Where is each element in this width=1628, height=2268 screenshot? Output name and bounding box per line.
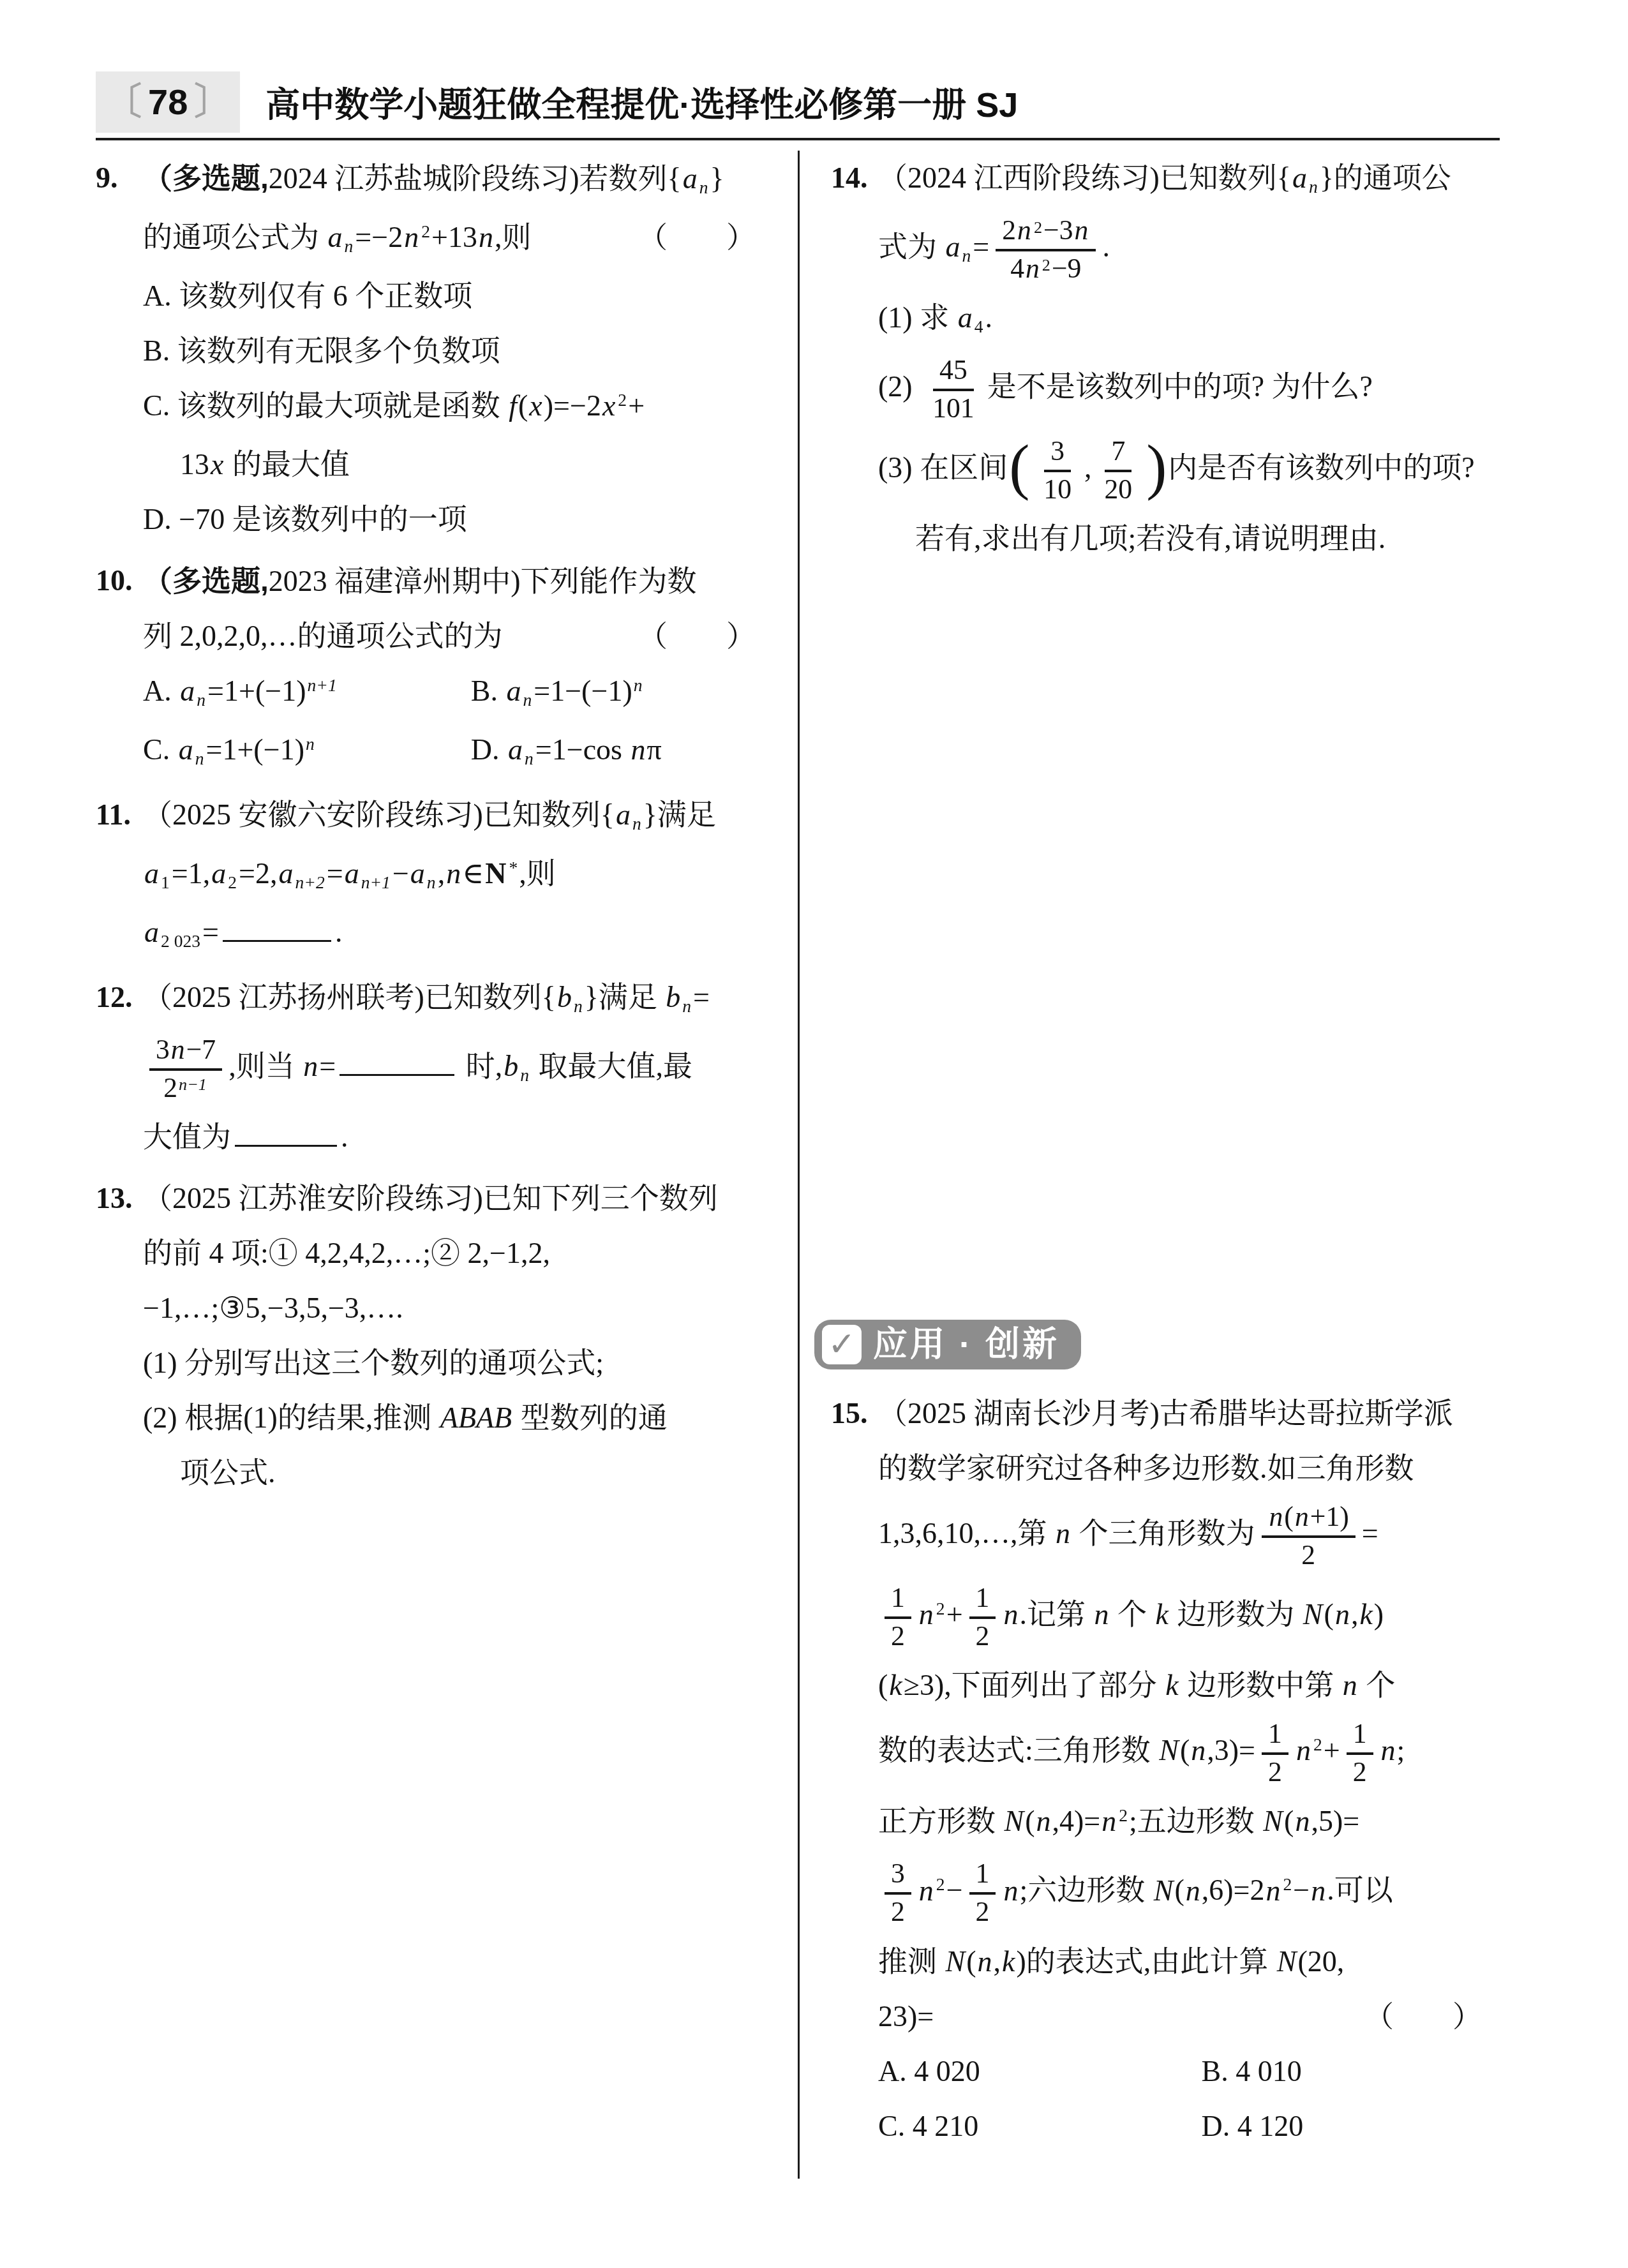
fraction: 12 xyxy=(969,1582,996,1653)
text-run: 式为 xyxy=(878,230,945,263)
text-run: 1 xyxy=(891,1583,905,1613)
math-var: n xyxy=(1186,1874,1200,1907)
problem-line: 推测 N(n,k)的表达式,由此计算 N(20, xyxy=(878,1934,1500,1989)
text-run: (20, xyxy=(1297,1945,1344,1978)
text-run: 项公式. xyxy=(180,1456,276,1489)
problem-13: 13.（2025 江苏淮安阶段练习)已知下列三个数列的前 4 项:① 4,2,4… xyxy=(96,1171,773,1500)
problem-line: 1,3,6,10,…,第 n 个三角形数为n(n+1)2= xyxy=(878,1496,1500,1577)
text-run: （2025 安徽六安阶段练习)已知数列{ xyxy=(143,798,615,831)
text-run: 13 xyxy=(180,448,209,481)
subscript: n xyxy=(574,979,583,1034)
text-run: （2025 江苏扬州联考)已知数列{ xyxy=(143,981,556,1013)
fraction-numerator: 1 xyxy=(1262,1718,1288,1755)
subscript: n xyxy=(345,219,354,274)
text-run: } xyxy=(710,162,724,195)
option-cell: C. an=1+(−1)n xyxy=(143,722,471,781)
math-var: a xyxy=(211,857,226,890)
fraction-numerator: 45 xyxy=(933,354,974,391)
superscript: 2 xyxy=(1042,256,1050,276)
math-var: n xyxy=(1335,1598,1350,1630)
text-run: B. xyxy=(471,675,505,707)
option-cell: A. 4 020 xyxy=(878,2044,1201,2099)
problem-line: （多选题,2024 江苏盐城阶段练习)若数列{an} xyxy=(143,151,773,210)
text-run: =−2 xyxy=(355,221,403,253)
math-var: x xyxy=(602,389,615,422)
fraction-denominator: 4n2−9 xyxy=(1004,251,1087,286)
text-run: （2025 江苏淮安阶段练习)已知下列三个数列 xyxy=(143,1182,718,1214)
superscript: 2 xyxy=(1283,1857,1292,1912)
problem-line: 若有,求出有几项;若没有,请说明理由. xyxy=(915,511,1500,566)
math-var: N xyxy=(1263,1805,1283,1837)
math-var: n xyxy=(171,1034,185,1065)
text-run: 的前 4 项:① 4,2,4,2,…;② 2,−1,2, xyxy=(143,1237,550,1269)
fraction: 3n−72n−1 xyxy=(149,1034,222,1105)
right-column: 14.（2024 江西阶段练习)已知数列{an}的通项公式为 an=2n2−3n… xyxy=(831,151,1500,572)
option-cell: B. 4 010 xyxy=(1201,2044,1301,2099)
text-run: A. 该数列仅有 6 个正数项 xyxy=(143,280,472,312)
text-run: + xyxy=(1324,1734,1340,1766)
text-run: −1,…;③5,−3,5,−3,…. xyxy=(143,1292,403,1324)
math-var: n xyxy=(978,1945,992,1978)
problem-line: 项公式. xyxy=(180,1445,773,1500)
math-var: n xyxy=(1296,1734,1311,1766)
column-divider xyxy=(798,151,800,2179)
fraction: 2n2−3n4n2−9 xyxy=(996,214,1096,285)
text-run: （2025 湖南长沙月考)古希腊毕达哥拉斯学派 xyxy=(878,1397,1453,1429)
math-var: n xyxy=(1017,215,1031,246)
problem-line: 大值为. xyxy=(143,1110,773,1165)
problem-line: （2025 江苏扬州联考)已知数列{bn}满足 bn= xyxy=(143,970,773,1029)
superscript: 2 xyxy=(936,1857,945,1912)
fraction-denominator: 20 xyxy=(1098,472,1139,507)
problem-line: 正方形数 N(n,4)=n2;五边形数 N(n,5)= xyxy=(878,1794,1500,1853)
fraction-numerator: 3n−7 xyxy=(149,1034,222,1071)
big-paren-icon: ( xyxy=(1009,433,1029,501)
math-var: n xyxy=(446,857,461,890)
text-run: =1+(−1) xyxy=(207,675,306,707)
subscript: n xyxy=(523,673,532,727)
math-var: n xyxy=(404,221,419,253)
text-run: + xyxy=(628,389,645,422)
text-run: ;六边形数 xyxy=(1019,1874,1152,1907)
fraction-denominator: 2 xyxy=(969,1619,996,1653)
text-run: 个三角形数为 xyxy=(1072,1517,1255,1549)
text-run: 边形数中第 xyxy=(1180,1669,1341,1701)
problem-line: B. 该数列有无限多个负数项 xyxy=(143,324,773,378)
text-run: 7 xyxy=(1111,436,1125,466)
text-run: ( xyxy=(1284,1805,1294,1837)
text-run: ∈ xyxy=(462,857,484,890)
text-run: ( xyxy=(878,1669,888,1701)
subscript: n xyxy=(699,160,708,215)
text-run: ( xyxy=(1025,1805,1034,1837)
math-var: n xyxy=(1295,1805,1310,1837)
text-run: 45 xyxy=(939,355,967,385)
text-run: = xyxy=(319,1050,336,1082)
problem-line: (k≥3),下面列出了部分 k 边形数中第 n 个 xyxy=(878,1658,1500,1713)
page-header: 〔 78 〕 高中数学小题狂做全程提优·选择性必修第一册 SJ xyxy=(96,69,1018,135)
math-var: n xyxy=(919,1598,934,1630)
text-run: 列 2,0,2,0,…的通项公式的为 xyxy=(143,620,503,652)
text-run: C. 该数列的最大项就是函数 xyxy=(143,389,507,422)
fraction-denominator: 10 xyxy=(1037,472,1078,507)
option-cell: D. 4 120 xyxy=(1201,2099,1303,2154)
math-var: a xyxy=(506,675,521,707)
superscript: 2 xyxy=(936,1581,945,1636)
text-run: ( xyxy=(1324,1598,1334,1630)
text-run: +1) xyxy=(1310,1502,1349,1532)
math-var: n xyxy=(1026,253,1040,284)
subscript: n xyxy=(962,228,971,283)
problem-line: 的数学家研究过各种多边形数.如三角形数 xyxy=(878,1441,1500,1496)
fraction: 12 xyxy=(1347,1718,1373,1789)
text-run: − xyxy=(392,857,409,890)
fraction-denominator: 2 xyxy=(885,1619,911,1653)
subscript: n+2 xyxy=(295,855,325,910)
big-paren-icon: ) xyxy=(1146,433,1167,501)
math-var: n xyxy=(479,221,493,253)
problem-15: 15.（2025 湖南长沙月考)古希腊毕达哥拉斯学派的数学家研究过各种多边形数.… xyxy=(831,1386,1500,2154)
problem-line: D. −70 是该数列中的一项 xyxy=(143,492,773,547)
text-run: −7 xyxy=(186,1034,216,1065)
text-run: 大值为 xyxy=(143,1121,231,1153)
text-run: (1) 分别写出这三个数列的通项公式; xyxy=(143,1347,604,1379)
text-run: 边形数为 xyxy=(1170,1598,1302,1630)
answer-paren: （ ） xyxy=(638,609,756,664)
math-var: n xyxy=(1102,1805,1116,1837)
right-column-lower: ✓应用 · 创新15.（2025 湖南长沙月考)古希腊毕达哥拉斯学派的数学家研究… xyxy=(831,1318,1500,2160)
text-run: π xyxy=(646,733,661,766)
subscript: 2 xyxy=(228,855,237,910)
text-run: 1 xyxy=(976,1858,990,1889)
math-var: a xyxy=(144,857,159,890)
fraction-numerator: 1 xyxy=(1347,1718,1373,1755)
text-run: 2 xyxy=(163,1073,177,1103)
option-cell: D. an=1−cos nπ xyxy=(471,722,662,781)
problem-12: 12.（2025 江苏扬州联考)已知数列{bn}满足 bn=3n−72n−1,则… xyxy=(96,970,773,1165)
text-run: 个 xyxy=(1359,1669,1396,1701)
text-run: 1 xyxy=(976,1583,990,1613)
problem-line: （ ）的通项公式为 an=−2n2+13n,则 xyxy=(143,210,773,269)
math-var: a xyxy=(144,916,159,948)
math-var: a xyxy=(1292,161,1307,194)
math-var: N xyxy=(1004,1805,1024,1837)
text-run: 正方形数 xyxy=(878,1805,1003,1837)
math-var: k xyxy=(889,1669,902,1701)
text-run: =1−(−1) xyxy=(534,675,632,707)
text-run: −3 xyxy=(1043,215,1073,246)
text-run: ,4)= xyxy=(1052,1805,1101,1837)
section-badge: ✓应用 · 创新 xyxy=(814,1320,1081,1369)
text-run: 取最大值,最 xyxy=(531,1050,692,1082)
text-run: C. 4 210 xyxy=(878,2110,978,2142)
problem-number: 14. xyxy=(831,151,868,205)
problem-line: C. an=1+(−1)nD. an=1−cos nπ xyxy=(143,722,773,781)
math-var: k xyxy=(1359,1598,1372,1630)
problem-line: a2 023=. xyxy=(143,905,773,964)
text-run: 2 xyxy=(1002,215,1016,246)
fraction: 45101 xyxy=(926,354,981,425)
blank-underline xyxy=(235,1120,337,1147)
text-run: , xyxy=(1084,451,1092,484)
text-run: ,则 xyxy=(519,857,556,890)
problem-line: （ ）23)= xyxy=(878,1989,1500,2044)
text-run: 内是否有该数列中的项? xyxy=(1168,451,1474,484)
text-run: = xyxy=(202,916,219,948)
subscript: 4 xyxy=(975,299,983,354)
math-var: n xyxy=(919,1874,934,1907)
superscript: 2 xyxy=(1313,1717,1322,1772)
fraction: 720 xyxy=(1098,435,1139,506)
text-run: }的通项公 xyxy=(1320,161,1451,194)
subscript: 2 023 xyxy=(161,914,200,969)
problem-9: 9.（多选题,2024 江苏盐城阶段练习)若数列{an}（ ）的通项公式为 an… xyxy=(96,151,773,547)
math-var: b xyxy=(666,981,680,1013)
text-run: (3) 在区间 xyxy=(878,451,1008,484)
option-cell: B. an=1−(−1)n xyxy=(471,664,644,722)
problem-number: 11. xyxy=(96,787,131,842)
subscript: n xyxy=(632,796,641,851)
text-run: (1) 求 xyxy=(878,301,957,334)
math-var: n xyxy=(1094,1598,1109,1630)
text-run: 2 xyxy=(1301,1540,1315,1570)
text-run: B. 该数列有无限多个负数项 xyxy=(143,334,500,367)
text-run: = xyxy=(693,981,710,1013)
math-var: n xyxy=(1311,1874,1326,1907)
text-run: ,3)= xyxy=(1207,1734,1255,1766)
text-run: ,则当 xyxy=(228,1050,302,1082)
text-run: )的表达式,由此计算 xyxy=(1016,1945,1275,1978)
text-run: ≥3),下面列出了部分 xyxy=(904,1669,1165,1701)
subscript: n xyxy=(195,731,204,786)
problem-number: 9. xyxy=(96,151,118,205)
fraction: n(n+1)2 xyxy=(1262,1501,1355,1572)
text-run: 10 xyxy=(1043,474,1072,505)
problem-line: (3) 在区间(310,720)内是否有该数列中的项? xyxy=(878,430,1500,511)
text-run: 3 xyxy=(1050,436,1064,466)
subscript: n xyxy=(197,673,205,727)
text-run: 1,3,6,10,…,第 xyxy=(878,1517,1054,1549)
page-number: 78 xyxy=(148,84,188,120)
math-var: a xyxy=(179,733,193,766)
superscript: 2 xyxy=(1119,1788,1128,1843)
text-run: 1 xyxy=(1268,1719,1282,1749)
problem-line: 32n2−12n;六边形数 N(n,6)=2n2−n.可以 xyxy=(878,1853,1500,1934)
math-var: N xyxy=(1154,1874,1174,1907)
text-run: C. xyxy=(143,733,177,766)
bold-label: （多选题, xyxy=(143,161,269,195)
blank-underline xyxy=(223,915,331,942)
option-cell: C. 4 210 xyxy=(878,2099,1201,2154)
problem-line: （2025 江苏淮安阶段练习)已知下列三个数列 xyxy=(143,1171,773,1226)
header-rule xyxy=(96,138,1500,140)
problem-line: 数的表达式:三角形数 N(n,3)=12n2+12n; xyxy=(878,1713,1500,1794)
answer-paren: （ ） xyxy=(1364,1989,1482,2044)
fraction-numerator: 3 xyxy=(1044,435,1071,472)
text-run: D. 4 120 xyxy=(1201,2110,1303,2142)
superscript: 2 xyxy=(618,373,627,428)
math-var: a xyxy=(958,301,973,334)
text-run: 3 xyxy=(891,1858,905,1889)
text-run: =1+(−1) xyxy=(205,733,304,766)
text-run: 23)= xyxy=(878,2000,934,2033)
problem-line: 12n2+12n.记第 n 个 k 边形数为 N(n,k) xyxy=(878,1577,1500,1658)
problem-line: （2024 江西阶段练习)已知数列{an}的通项公 xyxy=(878,151,1500,209)
fraction-numerator: 3 xyxy=(885,1858,911,1895)
problem-14: 14.（2024 江西阶段练习)已知数列{an}的通项公式为 an=2n2−3n… xyxy=(831,151,1500,566)
problem-line: (1) 分别写出这三个数列的通项公式; xyxy=(143,1336,773,1391)
badge-label: 应用 · 创新 xyxy=(873,1327,1059,1362)
page-number-badge: 〔 78 〕 xyxy=(96,71,240,133)
problem-line: （ ）列 2,0,2,0,…的通项公式的为 xyxy=(143,609,773,664)
fraction-denominator: 2 xyxy=(885,1895,911,1929)
text-run: , xyxy=(438,857,445,890)
subscript: 1 xyxy=(161,855,170,910)
option-cell: A. an=1+(−1)n+1 xyxy=(143,664,471,722)
text-run: .记第 xyxy=(1019,1598,1093,1630)
fraction: 12 xyxy=(969,1858,996,1929)
fraction: 12 xyxy=(885,1582,911,1653)
text-run: . xyxy=(341,1121,348,1153)
problem-line: （2025 湖南长沙月考)古希腊毕达哥拉斯学派 xyxy=(878,1386,1500,1441)
text-run: (2) 根据(1)的结果,推测 xyxy=(143,1401,439,1434)
text-run: 时, xyxy=(458,1050,502,1082)
text-run: 2 xyxy=(891,1621,905,1652)
text-run: ( xyxy=(1284,1502,1294,1532)
text-run: 20 xyxy=(1105,474,1133,505)
bold-label: （多选题, xyxy=(143,564,269,597)
text-run: 的通项公式为 xyxy=(143,221,327,253)
problem-10: 10.（多选题,2023 福建漳州期中)下列能作为数（ ）列 2,0,2,0,…… xyxy=(96,553,773,781)
math-var: N xyxy=(1303,1598,1323,1630)
text-run: ,则 xyxy=(495,221,532,253)
math-bold-var: N xyxy=(485,857,506,890)
problem-line: 3n−72n−1,则当 n= 时,bn 取最大值,最 xyxy=(143,1029,773,1110)
subscript: n xyxy=(525,731,534,786)
text-run: 2 xyxy=(1353,1757,1367,1787)
fraction-denominator: 2 xyxy=(1347,1755,1373,1789)
problem-line: (2) 根据(1)的结果,推测 ABAB 型数列的通 xyxy=(143,1391,773,1445)
text-run: ,5)= xyxy=(1311,1805,1359,1837)
math-var: n xyxy=(1381,1734,1396,1766)
text-run: − xyxy=(946,1874,963,1907)
text-run: （2024 江西阶段练习)已知数列{ xyxy=(878,161,1291,194)
text-run: =1, xyxy=(172,857,210,890)
text-run: ;五边形数 xyxy=(1129,1805,1262,1837)
text-run: 1 xyxy=(1353,1719,1367,1749)
superscript: n xyxy=(306,717,315,772)
text-run: −9 xyxy=(1052,253,1081,284)
text-run: 是不是该数列中的项? 为什么? xyxy=(987,370,1373,403)
fraction: 310 xyxy=(1037,435,1078,506)
text-run: 101 xyxy=(932,393,975,424)
math-var: b xyxy=(504,1050,518,1082)
fraction-denominator: 2 xyxy=(1295,1538,1322,1572)
math-var: b xyxy=(557,981,572,1013)
fraction: 12 xyxy=(1262,1718,1288,1789)
fraction-denominator: 2n−1 xyxy=(157,1071,214,1105)
problem-line: （多选题,2023 福建漳州期中)下列能作为数 xyxy=(143,553,773,609)
left-column: 9.（多选题,2024 江苏盐城阶段练习)若数列{an}（ ）的通项公式为 an… xyxy=(96,151,773,1507)
right-column-upper: 14.（2024 江西阶段练习)已知数列{an}的通项公式为 an=2n2−3n… xyxy=(831,151,1500,566)
fraction-numerator: n(n+1) xyxy=(1262,1501,1355,1538)
text-run: ; xyxy=(1397,1734,1405,1766)
check-icon: ✓ xyxy=(822,1325,862,1364)
math-var: N xyxy=(1159,1734,1179,1766)
subscript: n xyxy=(1309,160,1318,214)
problem-number: 13. xyxy=(96,1171,133,1226)
text-run: =1−cos xyxy=(535,733,630,766)
text-run: 2023 福建漳州期中)下列能作为数 xyxy=(269,565,697,597)
text-run: D. −70 是该数列中的一项 xyxy=(143,503,467,535)
problem-line: 的前 4 项:① 4,2,4,2,…;② 2,−1,2, xyxy=(143,1226,773,1281)
subscript: n xyxy=(427,855,436,910)
math-var: n xyxy=(1266,1874,1281,1907)
fraction-denominator: 101 xyxy=(926,391,981,426)
problem-number: 15. xyxy=(831,1386,868,1441)
problem-line: −1,…;③5,−3,5,−3,…. xyxy=(143,1281,773,1336)
text-run: )=−2 xyxy=(544,389,601,422)
problem-11: 11.（2025 安徽六安阶段练习)已知数列{an}满足a1=1,a2=2,an… xyxy=(96,787,773,964)
math-var: n xyxy=(1343,1669,1357,1701)
text-run: . xyxy=(335,916,343,948)
text-run: 4 xyxy=(1010,253,1024,284)
text-run: 3 xyxy=(156,1034,170,1065)
text-run: = xyxy=(1362,1517,1378,1549)
math-var: a xyxy=(946,230,960,263)
math-var: a xyxy=(616,798,631,831)
math-var: n xyxy=(1056,1517,1070,1549)
text-run: . xyxy=(985,301,992,334)
math-var: x xyxy=(211,448,223,481)
math-var: n xyxy=(1003,1598,1018,1630)
text-run: 2 xyxy=(891,1897,905,1927)
math-var: n xyxy=(631,733,645,766)
problem-number: 10. xyxy=(96,553,133,608)
text-run: }满足 xyxy=(585,981,665,1013)
text-run: + xyxy=(946,1598,963,1630)
math-var: a xyxy=(279,857,294,890)
math-var: N xyxy=(946,1945,966,1978)
text-run: − xyxy=(1293,1874,1310,1907)
book-title: 高中数学小题狂做全程提优·选择性必修第一册 SJ xyxy=(265,78,1018,127)
problem-line: (1) 求 a4. xyxy=(878,290,1500,349)
text-run: A. 4 020 xyxy=(878,2055,980,2087)
math-var: a xyxy=(180,675,195,707)
math-var: a xyxy=(328,221,343,253)
fraction: 32 xyxy=(885,1858,911,1929)
text-run: 2 xyxy=(976,1621,990,1652)
subscript: n+1 xyxy=(361,855,391,910)
fraction-numerator: 2n2−3n xyxy=(996,214,1096,251)
superscript: n xyxy=(634,658,643,713)
math-var: n xyxy=(1003,1874,1018,1907)
problem-line: （2025 安徽六安阶段练习)已知数列{an}满足 xyxy=(143,787,773,846)
text-run: , xyxy=(994,1945,1001,1978)
problem-line: A. 该数列仅有 6 个正数项 xyxy=(143,269,773,324)
math-var: ABAB xyxy=(440,1401,512,1434)
text-run: 的最大值 xyxy=(225,448,350,481)
fraction-numerator: 1 xyxy=(969,1858,996,1895)
text-run: (2) xyxy=(878,370,920,403)
math-var: k xyxy=(1002,1945,1015,1978)
math-var: a xyxy=(508,733,523,766)
text-run: 的数学家研究过各种多边形数.如三角形数 xyxy=(878,1452,1414,1484)
problem-line: C. 该数列的最大项就是函数 f(x)=−2x2+ xyxy=(143,378,773,437)
text-run: D. xyxy=(471,733,507,766)
problem-line: A. 4 020B. 4 010 xyxy=(878,2044,1500,2099)
fraction-numerator: 7 xyxy=(1105,435,1131,472)
